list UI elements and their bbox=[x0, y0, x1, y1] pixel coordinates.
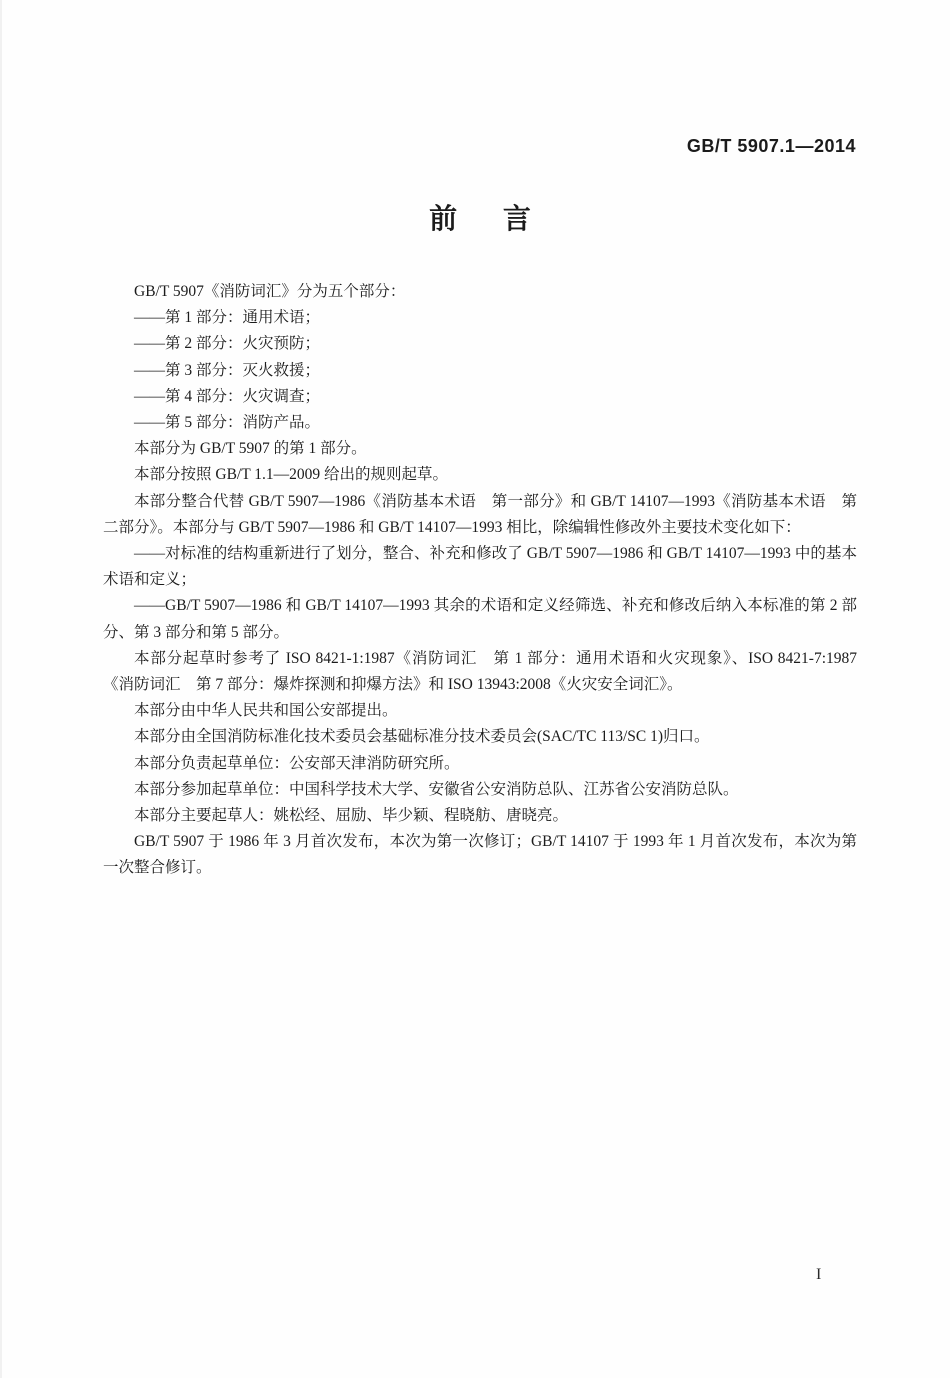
page-number: I bbox=[816, 1266, 821, 1284]
paragraph: 本部分负责起草单位：公安部天津消防研究所。 bbox=[103, 751, 857, 777]
paragraph: 本部分由中华人民共和国公安部提出。 bbox=[103, 698, 857, 724]
paragraph: 本部分起草时参考了 ISO 8421-1:1987《消防词汇 第 1 部分：通用… bbox=[103, 646, 857, 698]
scanned-standard-page: GB/T 5907.1—2014 前 言 GB/T 5907《消防词汇》分为五个… bbox=[0, 0, 950, 1378]
paragraph: ——第 2 部分：火灾预防； bbox=[103, 331, 857, 357]
paragraph: 本部分整合代替 GB/T 5907—1986《消防基本术语 第一部分》和 GB/… bbox=[103, 489, 857, 541]
paragraph: GB/T 5907《消防词汇》分为五个部分： bbox=[103, 279, 857, 305]
paragraph: ——第 1 部分：通用术语； bbox=[103, 305, 857, 331]
paragraph: 本部分按照 GB/T 1.1—2009 给出的规则起草。 bbox=[103, 462, 857, 488]
paragraph: 本部分参加起草单位：中国科学技术大学、安徽省公安消防总队、江苏省公安消防总队。 bbox=[103, 777, 857, 803]
paragraph: ——第 5 部分：消防产品。 bbox=[103, 410, 857, 436]
paragraph: 本部分由全国消防标准化技术委员会基础标准分技术委员会(SAC/TC 113/SC… bbox=[103, 724, 857, 750]
paragraph: ——第 4 部分：火灾调查； bbox=[103, 384, 857, 410]
paragraph: ——第 3 部分：灭火救援； bbox=[103, 358, 857, 384]
paragraph: ——对标准的结构重新进行了划分，整合、补充和修改了 GB/T 5907—1986… bbox=[103, 541, 857, 593]
standard-number: GB/T 5907.1—2014 bbox=[687, 136, 856, 157]
paragraph: 本部分为 GB/T 5907 的第 1 部分。 bbox=[103, 436, 857, 462]
paragraph: ——GB/T 5907—1986 和 GB/T 14107—1993 其余的术语… bbox=[103, 593, 857, 645]
paragraph: GB/T 5907 于 1986 年 3 月首次发布，本次为第一次修订；GB/T… bbox=[103, 829, 857, 881]
foreword-body: GB/T 5907《消防词汇》分为五个部分： ——第 1 部分：通用术语； ——… bbox=[103, 279, 857, 882]
page-title: 前 言 bbox=[103, 197, 857, 237]
paragraph: 本部分主要起草人：姚松经、屈励、毕少颖、程晓舫、唐晓亮。 bbox=[103, 803, 857, 829]
